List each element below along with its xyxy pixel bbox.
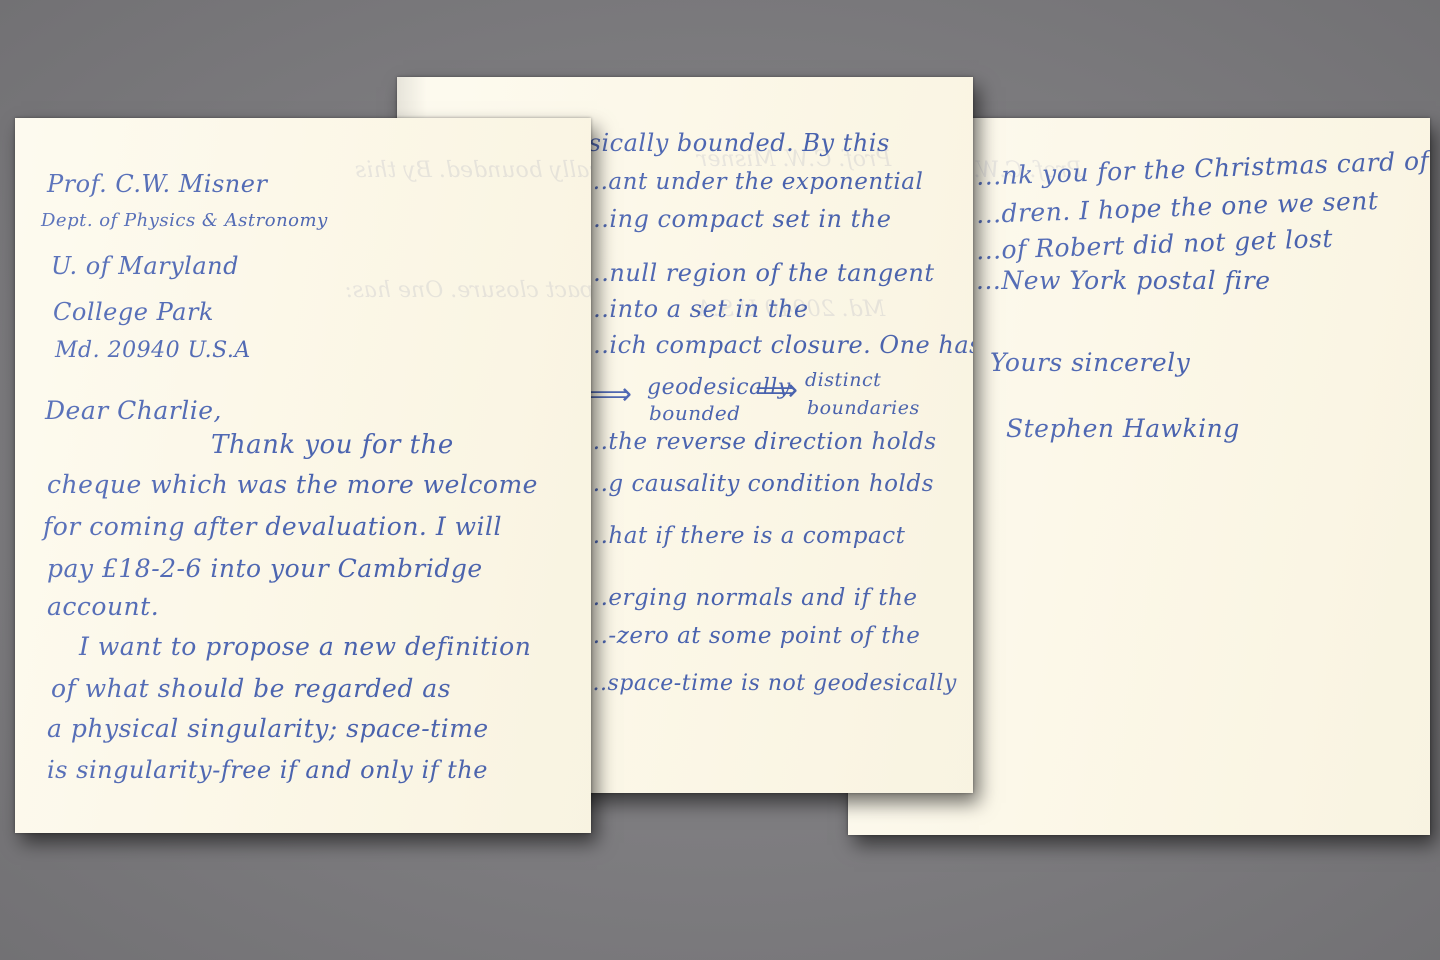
letter-line: ...New York postal fire bbox=[976, 266, 1271, 295]
letter-line: a physical singularity; space-time bbox=[47, 714, 489, 743]
bleed-through-text: it is geodesically bounded. By this bbox=[355, 158, 591, 183]
letter-page-1: it is geodesically bounded. By this ...i… bbox=[15, 118, 591, 833]
letter-line: account. bbox=[47, 592, 159, 621]
letter-line: is singularity-free if and only if the bbox=[47, 756, 488, 784]
implies-arrow-icon: ⟹ bbox=[589, 377, 632, 412]
letter-line: ...hat if there is a compact bbox=[585, 523, 905, 549]
letter-line: Thank you for the bbox=[211, 430, 454, 460]
implies-arrow-icon: ⟹ bbox=[755, 373, 798, 408]
diagram-label: bounded bbox=[649, 401, 741, 425]
salutation: Dear Charlie, bbox=[45, 396, 222, 425]
address-line: College Park bbox=[53, 298, 214, 326]
letter-line: ...nk you for the Christmas card of bbox=[976, 146, 1430, 191]
bleed-through-text: ...ich compact closure. One has: bbox=[345, 278, 591, 303]
letter-line: ...erging normals and if the bbox=[585, 585, 918, 611]
signature: Stephen Hawking bbox=[1006, 414, 1240, 443]
diagram-label: boundaries bbox=[807, 397, 920, 419]
address-line: Md. 20940 U.S.A bbox=[55, 338, 251, 363]
letter-line: ...ant under the exponential bbox=[585, 169, 923, 195]
letter-line: ...of Robert did not get lost bbox=[976, 224, 1334, 265]
letter-line: cheque which was the more welcome bbox=[47, 470, 538, 499]
letter-line: ...ing compact set in the bbox=[585, 205, 891, 233]
address-line: U. of Maryland bbox=[51, 252, 239, 280]
letter-closing: Yours sincerely bbox=[990, 348, 1190, 377]
letter-line: ...ich compact closure. One has: bbox=[585, 331, 973, 359]
letter-line: ...space-time is not geodesically bbox=[585, 671, 957, 696]
letter-line: ...into a set in the bbox=[585, 295, 809, 323]
address-line: Prof. C.W. Misner bbox=[47, 170, 267, 198]
letter-line: ...dren. I hope the one we sent bbox=[976, 186, 1379, 229]
letter-line: of what should be regarded as bbox=[51, 674, 451, 703]
letter-line: pay £18-2-6 into your Cambridge bbox=[47, 554, 483, 583]
letter-line: ...the reverse direction holds bbox=[585, 429, 937, 455]
letter-line: I want to propose a new definition bbox=[79, 632, 531, 661]
letter-line: for coming after devaluation. I will bbox=[43, 512, 502, 541]
letter-line: ...g causality condition holds bbox=[585, 471, 934, 497]
address-line: Dept. of Physics & Astronomy bbox=[41, 210, 328, 231]
letter-line: ...-zero at some point of the bbox=[585, 623, 920, 649]
diagram-label: distinct bbox=[805, 369, 881, 391]
letter-line: ...null region of the tangent bbox=[585, 259, 935, 287]
